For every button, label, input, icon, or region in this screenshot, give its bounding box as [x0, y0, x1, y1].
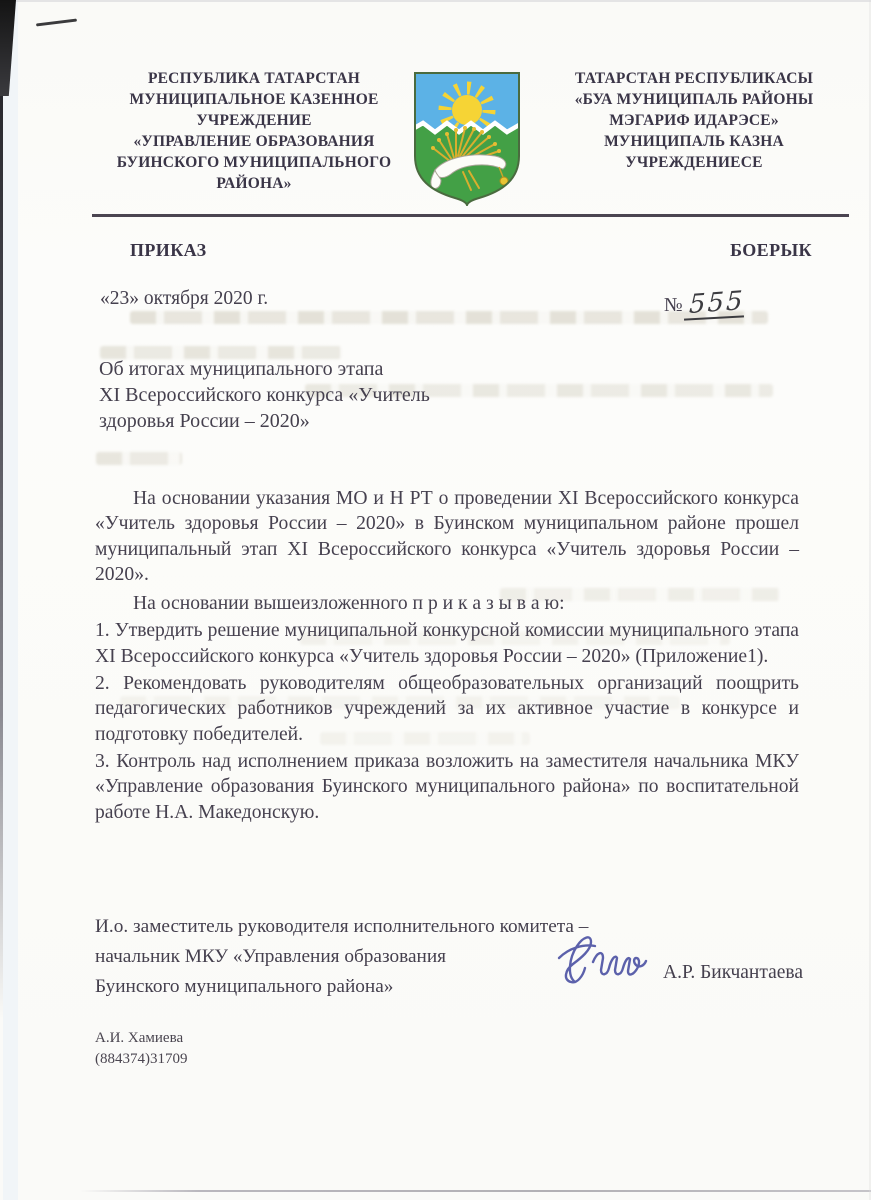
order-date: «23» октября 2020 г.	[100, 288, 268, 310]
signatory-title-line: Буинского муниципального района»	[95, 972, 595, 1002]
subject-line: здоровья России – 2020»	[99, 409, 519, 435]
org-line: УЧРЕЖДЕНИЕСЕ	[548, 152, 840, 173]
doc-type-tatar: БОЕРЫК	[660, 240, 812, 261]
issuer-name-tatar: ТАТАРСТАН РЕСПУБЛИКАСЫ «БУА МУНИЦИПАЛЬ Р…	[548, 68, 840, 173]
body-paragraph: На основании вышеизложенного п р и к а з…	[95, 591, 799, 616]
org-line: «БУА МУНИЦИПАЛЬ РАЙОНЫ	[548, 89, 840, 110]
bleed-through-artifact	[96, 452, 182, 465]
body-paragraph-item-3: 3. Контроль над исполнением приказа возл…	[95, 749, 799, 825]
org-line: МУНИЦИПАЛЬ КАЗНА	[548, 131, 840, 152]
org-line: МЭГАРИФ ИДАРЭСЕ»	[548, 110, 840, 131]
doc-type-russian: ПРИКАЗ	[130, 240, 207, 261]
body-paragraph: На основании указания МО и Н РТ о провед…	[95, 486, 799, 587]
executor-phone: (884374)31709	[95, 1049, 188, 1070]
scan-edge-line-bottom	[80, 1190, 871, 1192]
subject-line: Об итогах муниципального этапа	[99, 357, 519, 383]
coat-of-arms-icon	[411, 70, 523, 206]
body-paragraph-item-2: 2. Рекомендовать руководителям общеобраз…	[95, 671, 799, 747]
scan-edge-line-top	[16, 0, 871, 2]
signatory-title-line: И.о. заместитель руководителя исполнител…	[95, 912, 595, 942]
org-line: БУИНСКОГО МУНИЦИПАЛЬНОГО	[95, 152, 413, 173]
number-sign: №	[664, 295, 683, 316]
org-line: РЕСПУБЛИКА ТАТАРСТАН	[95, 68, 413, 89]
signatory-title: И.о. заместитель руководителя исполнител…	[95, 912, 595, 1002]
order-number: №555	[664, 288, 744, 318]
executor-name: А.И. Хамиева	[95, 1028, 188, 1049]
body-paragraph-item-1: 1. Утвердить решение муниципальной конку…	[95, 618, 799, 669]
order-subject: Об итогах муниципального этапа XI Всерос…	[99, 357, 519, 434]
subject-line: XI Всероссийского конкурса «Учитель	[99, 383, 519, 409]
executor-block: А.И. Хамиева (884374)31709	[95, 1028, 188, 1070]
org-line: РАЙОНА»	[95, 173, 413, 194]
org-line: «УПРАВЛЕНИЕ ОБРАЗОВАНИЯ	[95, 131, 413, 152]
scan-edge-shadow-left	[0, 0, 3, 1020]
org-line: УЧРЕЖДЕНИЕ	[95, 110, 413, 131]
org-line: ТАТАРСТАН РЕСПУБЛИКАСЫ	[548, 68, 840, 89]
org-line: МУНИЦИПАЛЬНОЕ КАЗЕННОЕ	[95, 89, 413, 110]
order-body: На основании указания МО и Н РТ о провед…	[95, 486, 799, 827]
pen-mark-artifact	[36, 19, 77, 27]
signatory-title-line: начальник МКУ «Управления образования	[95, 942, 595, 972]
handwritten-signature-icon	[545, 924, 660, 996]
scanned-order-document: РЕСПУБЛИКА ТАТАРСТАН МУНИЦИПАЛЬНОЕ КАЗЕН…	[0, 0, 871, 1200]
header-divider-rule	[92, 214, 849, 217]
issuer-name-russian: РЕСПУБЛИКА ТАТАРСТАН МУНИЦИПАЛЬНОЕ КАЗЕН…	[95, 68, 413, 194]
scan-edge-strip	[3, 0, 18, 1200]
signer-name: А.Р. Бикчантаева	[663, 962, 803, 984]
